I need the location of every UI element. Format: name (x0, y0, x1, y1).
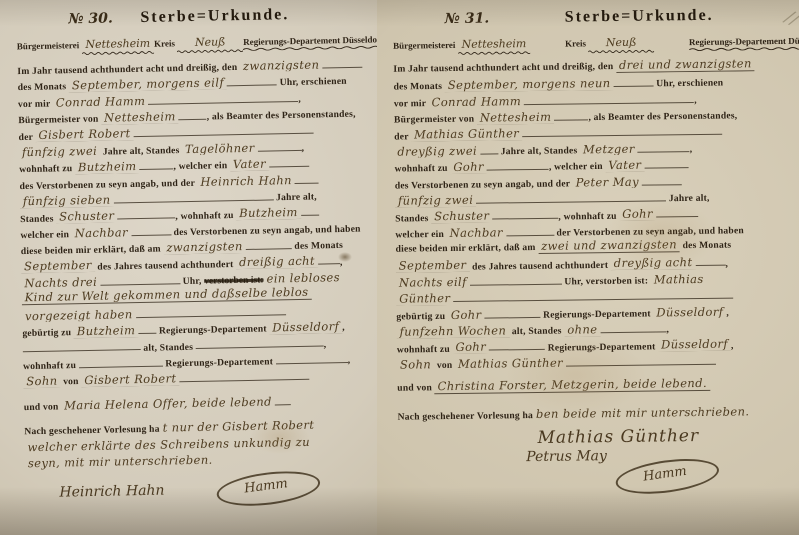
handwritten-text: September (396, 258, 470, 272)
blank-rule (318, 251, 340, 265)
blank-rule (695, 252, 725, 266)
printed-text: , (348, 355, 351, 366)
signature-area: Mathias GüntherPetrus MayHamm (398, 424, 799, 495)
signature: Hamm (215, 467, 322, 512)
header-spacer (289, 18, 361, 19)
handwritten-text: drei und zwanzigsten (616, 56, 755, 73)
handwritten-text: funfzehn Wochen (396, 323, 509, 338)
printed-text: Bürgermeister von (394, 114, 477, 126)
printed-text: wohnhaft zu (395, 163, 451, 174)
handwritten-text: zwei und zwanzigsten (538, 238, 680, 255)
field-kreis: Kreis Neuß (154, 35, 243, 50)
certificate-title: Sterbe=Urkunde. (565, 7, 714, 27)
printed-text: Uhr, erschienen (277, 76, 347, 88)
handwritten-text: fünfzig sieben (20, 192, 114, 207)
field-value: Nettesheim (458, 37, 531, 51)
field-departement: Regierungs-Departement Düsseldorf. (243, 34, 386, 47)
printed-text: und von (397, 383, 434, 394)
blank-rule (113, 187, 273, 204)
blank-rule (227, 72, 277, 87)
handwritten-text: Günther (396, 291, 453, 305)
blank-rule (139, 156, 173, 170)
field-label: Bürgermeisterei (17, 40, 79, 51)
printed-text: , (301, 143, 304, 154)
blank-rule (257, 137, 301, 152)
certificate-content: № 30. Sterbe=Urkunde. Bürgermeisterei Ne… (16, 5, 371, 510)
field-value: Nettesheim (81, 37, 154, 51)
blank-rule (638, 138, 690, 152)
blank-rule (644, 154, 688, 168)
printed-text: Nach geschehener Vorlesung ha (398, 410, 534, 423)
printed-text: , welcher ein (549, 161, 606, 173)
certificate-page-right: ∕∕ № 31. Sterbe=Urkunde. Bürgermeisterei… (377, 0, 799, 535)
printed-text: diese beiden mir erklärt, daß am (395, 242, 538, 255)
printed-text: der (394, 131, 411, 142)
blank-rule (117, 205, 175, 220)
blank-rule (600, 319, 666, 334)
blank-rule (133, 120, 313, 137)
printed-text: , (298, 93, 301, 104)
wavy-rule-icon (82, 50, 155, 55)
field-kreis: Kreis Neuß (565, 36, 654, 50)
handwritten-text: Gohr (452, 340, 489, 355)
blank-rule (100, 270, 180, 285)
blank-rule (135, 301, 285, 318)
blank-rule (656, 204, 698, 218)
handwritten-text: Sohn (23, 374, 60, 388)
printed-text: des Monats (680, 240, 731, 252)
printed-text: Standes (20, 213, 56, 224)
blank-rule (295, 169, 319, 183)
handwritten-text: Mathias Günther (455, 355, 566, 371)
field-label: Bürgermeisterei (393, 40, 455, 51)
printed-text: , (342, 322, 345, 333)
printed-text: und von (24, 401, 62, 412)
blank-rule (196, 333, 324, 349)
wavy-rule-icon (689, 45, 799, 51)
certificate-header: № 31. Sterbe=Urkunde. (393, 5, 799, 34)
blank-rule (179, 106, 207, 120)
printed-text: der (19, 131, 36, 142)
blank-rule (453, 285, 733, 302)
certificate-subheader: Bürgermeisterei Nettesheim Kreis Neuß Re… (17, 33, 360, 53)
blank-rule (22, 337, 140, 353)
certificate-header: № 30. Sterbe=Urkunde. (16, 5, 361, 36)
printed-text: , (731, 340, 734, 351)
printed-text: , (324, 339, 327, 350)
signature-area: Heinrich HahnHamm (25, 471, 371, 510)
certificate-page-left: № 30. Sterbe=Urkunde. Bürgermeisterei Ne… (0, 0, 377, 535)
certificate-subheader: Bürgermeisterei Nettesheim Kreis Neuß Re… (393, 33, 799, 51)
blank-rule (566, 351, 716, 367)
handwritten-text: September (21, 258, 95, 273)
blank-rule (246, 235, 292, 250)
blank-rule (506, 222, 554, 236)
signature: Heinrich Hahn (59, 483, 164, 501)
certificate-body: Im Jahr tausend achthundert acht und dre… (393, 54, 799, 424)
certificate-number: № 30. (16, 10, 140, 28)
wavy-rule-icon (458, 50, 531, 55)
printed-text: Im Jahr tausend achthundert acht und dre… (393, 61, 616, 75)
blank-rule (470, 271, 562, 286)
blank-rule (269, 153, 309, 168)
printed-text: , (666, 324, 669, 335)
printed-text: Standes (395, 213, 431, 224)
blank-rule (613, 73, 653, 87)
printed-text: , (690, 144, 693, 155)
blank-rule (492, 205, 558, 220)
blank-rule (476, 188, 666, 204)
certificate-body: Im Jahr tausend achthundert acht und dre… (17, 54, 370, 472)
handwritten-text: Christina Forster, Metzgerin, beide lebe… (434, 376, 710, 394)
blank-rule (554, 106, 588, 120)
header-spacer (714, 18, 799, 19)
wavy-rule-icon (177, 48, 243, 53)
handwritten-text: seyn, mit mir unterschrieben. (25, 453, 216, 471)
printed-text: , (340, 257, 343, 268)
printed-text: Nach geschehener Vorlesung ha (24, 424, 160, 438)
signature: Mathias Günther (537, 426, 699, 448)
blank-rule (642, 171, 682, 185)
handwritten-text: t nur der Gisbert Robert (160, 418, 318, 435)
blank-rule (480, 140, 498, 154)
handwritten-text: Nachts eilf (396, 275, 470, 289)
printed-text: , (694, 95, 697, 106)
certificate-title: Sterbe=Urkunde. (140, 6, 289, 27)
printed-text: des Monats (18, 82, 69, 94)
printed-text: vor mir (394, 98, 429, 109)
blank-rule (301, 202, 319, 216)
blank-rule (131, 221, 171, 236)
handwritten-text: Sohn (397, 357, 434, 371)
printed-text: vor mir (18, 98, 53, 109)
blank-rule (148, 88, 298, 105)
handwritten-text: Schuster (431, 209, 492, 224)
blank-rule (524, 89, 694, 105)
handwritten-text: Gohr (450, 160, 487, 175)
field-departement: Regierungs-Departement Düsseldorf. (689, 35, 799, 47)
blank-rule (138, 320, 156, 334)
book-photo: № 30. Sterbe=Urkunde. Bürgermeisterei Ne… (0, 0, 799, 535)
blank-rule (79, 353, 163, 368)
printed-text: des Monats (394, 81, 445, 92)
field-label: Kreis (154, 38, 175, 48)
handwritten-text: dreyßig zwei (394, 143, 480, 158)
field-value: Neuß (177, 35, 243, 49)
wavy-rule-icon (588, 49, 654, 54)
certificate-content: № 31. Sterbe=Urkunde. Bürgermeisterei Ne… (393, 5, 799, 496)
printed-text: wohnhaft zu (19, 163, 75, 175)
printed-text: , (726, 307, 729, 318)
signature: Petrus May (526, 448, 607, 465)
certificate-number: № 31. (393, 10, 565, 28)
signature: Hamm (613, 454, 720, 500)
printed-text: gebürtig zu (396, 311, 448, 322)
blank-rule (489, 337, 545, 351)
blank-rule (484, 304, 540, 318)
printed-text: von (60, 376, 81, 387)
blank-rule (322, 54, 362, 69)
printed-text: alt, Standes (509, 326, 564, 338)
field-buergermeisterei: Bürgermeisterei Nettesheim (393, 37, 530, 52)
blank-rule (487, 156, 549, 171)
handwritten-text: ben beide mit mir unterschrieben. (533, 404, 753, 421)
field-label: Kreis (565, 38, 586, 48)
field-buergermeisterei: Bürgermeisterei Nettesheim (17, 37, 154, 53)
blank-rule (275, 349, 347, 364)
printed-text: von (434, 360, 455, 371)
blank-rule (179, 366, 309, 382)
printed-text: Jahre alt, (666, 193, 709, 205)
printed-text: , (725, 258, 728, 269)
printed-text: wohnhaft zu (397, 343, 453, 354)
blank-rule (275, 391, 291, 405)
field-value: Neuß (588, 36, 654, 50)
printed-text: welcher ein (395, 229, 446, 240)
handwritten-text: fünfzig zwei (395, 193, 476, 208)
handwritten-text: Gohr (448, 307, 485, 322)
blank-rule (522, 121, 722, 137)
